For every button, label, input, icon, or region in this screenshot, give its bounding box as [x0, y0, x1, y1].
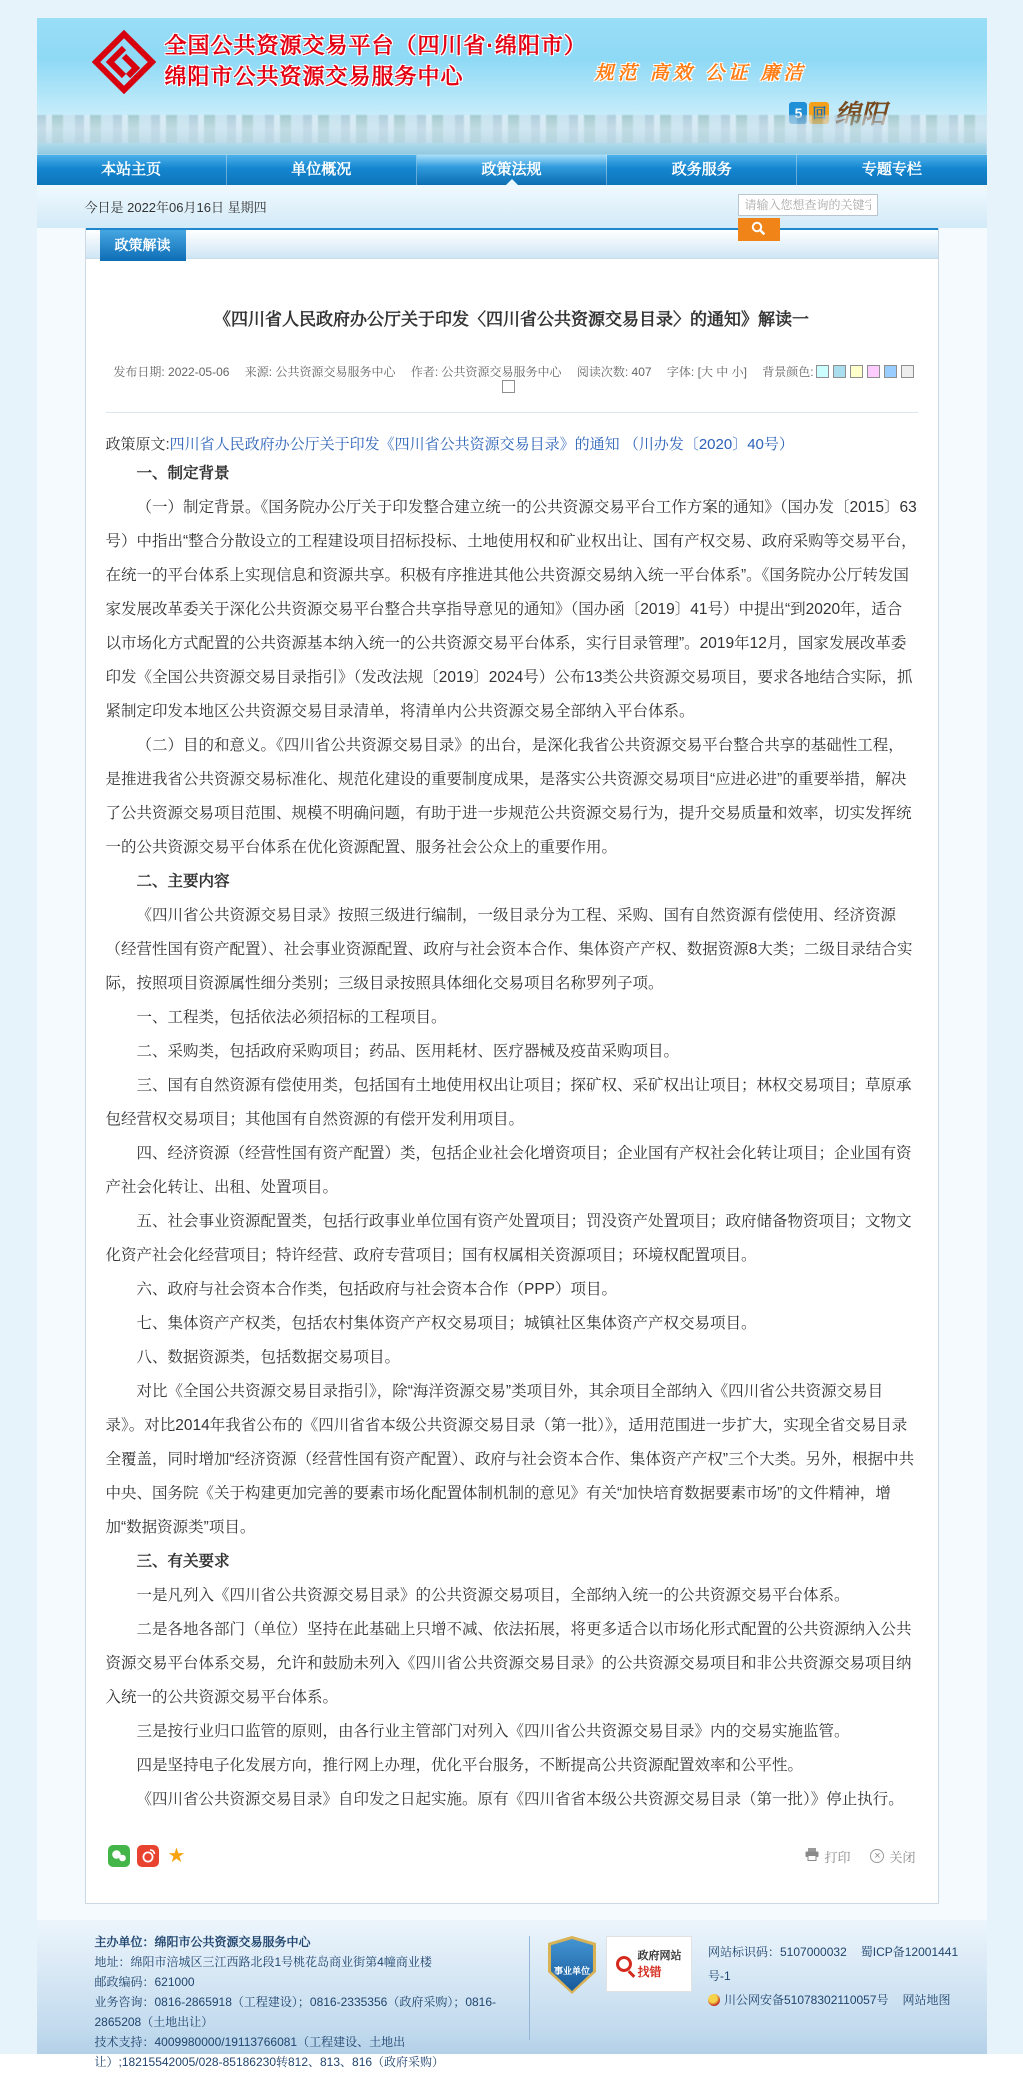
- favorite-star-icon[interactable]: ★: [166, 1845, 188, 1867]
- article-section-heading: 一、制定背景: [106, 457, 918, 491]
- print-label: 打印: [824, 1847, 850, 1866]
- nav-item-services[interactable]: 政务服务: [607, 155, 797, 185]
- article-paragraph: 四是坚持电子化发展方向，推行网上办理，优化平台服务，不断提高公共资源配置效率和公…: [106, 1749, 918, 1783]
- article-paragraph: （二）目的和意义。《四川省公共资源交易目录》的出台，是深化我省公共资源交易平台整…: [106, 729, 918, 865]
- footer-info: 主办单位：绵阳市公共资源交易服务中心地址：绵阳市涪城区三江西路北段1号桃花岛商业…: [95, 1932, 519, 2054]
- article: 《四川省人民政府办公厅关于印发〈四川省公共资源交易目录〉的通知》解读一 发布日期…: [86, 307, 938, 1903]
- nav-item-policy[interactable]: 政策法规: [417, 155, 607, 185]
- article-body: 一、制定背景（一）制定背景。《国务院办公厅关于印发整合建立统一的公共资源交易平台…: [106, 457, 918, 1817]
- site-subtitle: 绵阳市公共资源交易服务中心: [165, 61, 587, 92]
- article-paragraph: 七、集体资产产权类，包括农村集体资产产权交易项目；城镇社区集体资产产权交易项目。: [106, 1307, 918, 1341]
- footer-info-line: 主办单位：绵阳市公共资源交易服务中心: [95, 1932, 519, 1952]
- article-actions: ★ 打印: [108, 1845, 916, 1867]
- bg-color-swatch[interactable]: [867, 365, 880, 378]
- content-panel: 政策解读 《四川省人民政府办公厅关于印发〈四川省公共资源交易目录〉的通知》解读一…: [85, 228, 939, 1904]
- article-section-heading: 三、有关要求: [106, 1545, 918, 1579]
- publish-date-label: 发布日期:: [113, 365, 164, 379]
- public-institution-badge[interactable]: 事业单位: [548, 1936, 596, 1994]
- article-paragraph: 对比《全国公共资源交易目录指引》，除“海洋资源交易”类项目外，其余项目全部纳入《…: [106, 1375, 918, 1545]
- sub-band: 今日是 2022年06月16日 星期四: [37, 185, 987, 228]
- nav-item-home[interactable]: 本站主页: [37, 155, 227, 185]
- nav-item-overview[interactable]: 单位概况: [227, 155, 417, 185]
- bg-color-swatch[interactable]: [816, 365, 829, 378]
- read-count-label: 阅读次数:: [577, 365, 628, 379]
- weibo-share-icon[interactable]: [137, 1845, 159, 1867]
- policy-source-link[interactable]: 四川省人民政府办公厅关于印发《四川省公共资源交易目录》的通知 （川办发〔2020…: [170, 436, 794, 453]
- read-count-value: 407: [632, 365, 652, 379]
- footer-registry: 网站标识码：5107000032蜀ICP备12001441号-1 川公网安备51…: [708, 1932, 967, 2054]
- article-paragraph: 五、社会事业资源配置类，包括行政事业单位国有资产处置项目；罚没资产处置项目；政府…: [106, 1205, 918, 1273]
- footer-info-line: 技术支持：4009980000/19113766081（工程建设、土地出让）;1…: [95, 2032, 519, 2072]
- article-paragraph: 六、政府与社会资本合作类，包括政府与社会资本合作（PPP）项目。: [106, 1273, 918, 1307]
- footer-divider: [529, 1936, 530, 2040]
- footer-badges: 事业单位 政府网站 找错: [548, 1932, 692, 2054]
- shield-badge-label: 事业单位: [554, 1964, 590, 1977]
- policy-source-label: 政策原文:: [106, 436, 170, 453]
- article-paragraph: （一）制定背景。《国务院办公厅关于印发整合建立统一的公共资源交易平台工作方案的通…: [106, 491, 918, 729]
- site-banner: 全国公共资源交易平台（四川省·绵阳市） 绵阳市公共资源交易服务中心 规范 高效 …: [37, 18, 987, 155]
- police-badge-icon: [708, 1994, 720, 2006]
- article-paragraph: 一是凡列入《四川省公共资源交易目录》的公共资源交易项目，全部纳入统一的公共资源交…: [106, 1579, 918, 1613]
- footer-info-line: 邮政编码：621000: [95, 1972, 519, 1992]
- main-nav: 本站主页单位概况政策法规政务服务专题专栏: [37, 155, 987, 185]
- bg-color-label: 背景颜色:: [762, 365, 813, 379]
- gov-site-error-report-badge[interactable]: 政府网站 找错: [606, 1936, 692, 1992]
- article-paragraph: 四、经济资源（经营性国有资产配置）类，包括企业社会化增资项目；企业国有产权社会化…: [106, 1137, 918, 1205]
- footer-info-line: 业务咨询：0816-2865918（工程建设）；0816-2335356（政府采…: [95, 1992, 519, 2032]
- bg-color-swatch[interactable]: [502, 380, 515, 393]
- tab-policy-interpretation[interactable]: 政策解读: [100, 230, 186, 261]
- nav-item-special[interactable]: 专题专栏: [797, 155, 986, 185]
- close-label: 关闭: [889, 1847, 915, 1866]
- error-badge-line1: 政府网站: [637, 1949, 681, 1964]
- bg-color-swatch[interactable]: [884, 365, 897, 378]
- share-bar: ★: [108, 1845, 188, 1867]
- meta-divider: [106, 412, 918, 413]
- site-titles: 全国公共资源交易平台（四川省·绵阳市） 绵阳市公共资源交易服务中心: [165, 30, 587, 92]
- wechat-share-icon[interactable]: [108, 1845, 130, 1867]
- search-button[interactable]: [738, 218, 780, 241]
- publish-date-value: 2022-05-06: [168, 365, 229, 379]
- police-number[interactable]: 川公网安备51078302110057号: [724, 1993, 889, 2007]
- error-report-icon: [616, 1956, 632, 1972]
- section-tabbar: 政策解读: [86, 228, 938, 259]
- star-glyph: ★: [168, 1845, 186, 1867]
- bg-color-swatch[interactable]: [850, 365, 863, 378]
- slogan-text: 规范 高效 公证 廉洁: [595, 58, 807, 85]
- close-button[interactable]: × 关闭: [870, 1847, 915, 1866]
- article-paragraph: 八、数据资源类，包括数据交易项目。: [106, 1341, 918, 1375]
- article-meta: 发布日期: 2022-05-06 来源: 公共资源交易服务中心 作者: 公共资源…: [106, 363, 918, 394]
- print-icon: [805, 1848, 819, 1864]
- article-title: 《四川省人民政府办公厅关于印发〈四川省公共资源交易目录〉的通知》解读一: [116, 307, 908, 333]
- site-footer: 主办单位：绵阳市公共资源交易服务中心地址：绵阳市涪城区三江西路北段1号桃花岛商业…: [37, 1920, 987, 2054]
- article-paragraph: 一、工程类，包括依法必须招标的工程项目。: [106, 1001, 918, 1035]
- footer-info-line: 地址：绵阳市涪城区三江西路北段1号桃花岛商业街第4幢商业楼: [95, 1952, 519, 1972]
- policy-source-line: 政策原文:四川省人民政府办公厅关于印发《四川省公共资源交易目录》的通知 （川办发…: [106, 433, 918, 457]
- site-id-label: 网站标识码：: [708, 1945, 780, 1959]
- current-date-text: 今日是 2022年06月16日 星期四: [85, 197, 267, 216]
- search-icon: [751, 221, 766, 239]
- site-title: 全国公共资源交易平台（四川省·绵阳市）: [165, 30, 587, 61]
- source-label: 来源:: [245, 365, 272, 379]
- author-label: 作者:: [411, 365, 438, 379]
- error-badge-line2: 找错: [637, 1964, 681, 1980]
- site-id-value: 5107000032: [780, 1945, 847, 1959]
- page: 全国公共资源交易平台（四川省·绵阳市） 绵阳市公共资源交易服务中心 规范 高效 …: [0, 0, 1023, 2054]
- bg-color-swatch[interactable]: [901, 365, 914, 378]
- article-section-heading: 二、主要内容: [106, 865, 918, 899]
- font-size-label: 字体:: [667, 365, 694, 379]
- font-size-controls[interactable]: [大 中 小]: [698, 365, 747, 379]
- search-input[interactable]: [738, 194, 878, 216]
- source-value: 公共资源交易服务中心: [275, 365, 395, 379]
- city-skyline-image: [37, 115, 987, 155]
- site-emblem-icon: [92, 30, 156, 94]
- article-paragraph: 三、国有自然资源有偿使用类，包括国有土地使用权出让项目；探矿权、采矿权出让项目；…: [106, 1069, 918, 1137]
- site-frame: 全国公共资源交易平台（四川省·绵阳市） 绵阳市公共资源交易服务中心 规范 高效 …: [37, 18, 987, 2054]
- article-paragraph: 《四川省公共资源交易目录》按照三级进行编制，一级目录分为工程、采购、国有自然资源…: [106, 899, 918, 1001]
- author-value: 公共资源交易服务中心: [442, 365, 562, 379]
- article-paragraph: 二、采购类，包括政府采购项目；药品、医用耗材、医疗器械及疫苗采购项目。: [106, 1035, 918, 1069]
- bg-color-swatch[interactable]: [833, 365, 846, 378]
- article-ops: 打印 × 关闭: [805, 1847, 915, 1866]
- close-icon: ×: [870, 1849, 884, 1863]
- sitemap-link[interactable]: 网站地图: [903, 1993, 951, 2007]
- article-paragraph: 二是各地各部门（单位）坚持在此基础上只增不减、依法拓展，将更多适合以市场化形式配…: [106, 1613, 918, 1715]
- article-paragraph: 三是按行业归口监管的原则，由各行业主管部门对列入《四川省公共资源交易目录》内的交…: [106, 1715, 918, 1749]
- print-button[interactable]: 打印: [805, 1847, 850, 1866]
- article-paragraph: 《四川省公共资源交易目录》自印发之日起实施。原有《四川省省本级公共资源交易目录（…: [106, 1783, 918, 1817]
